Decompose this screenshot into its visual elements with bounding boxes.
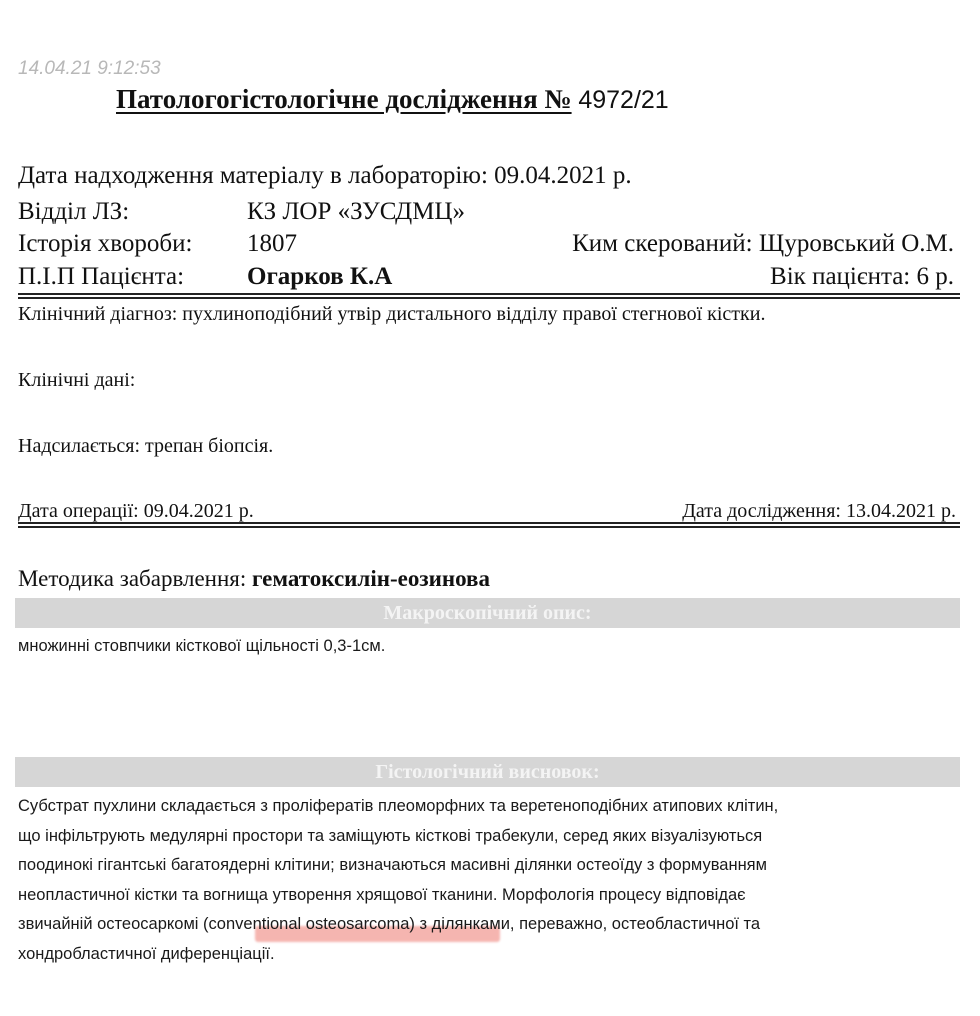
history-row: Історія хвороби: 1807 Ким скерований: Щу… bbox=[0, 230, 980, 262]
sent-material: Надсилається: трепан біопсія. bbox=[18, 435, 273, 458]
department-value: КЗ ЛОР «ЗУСДМЦ» bbox=[247, 198, 465, 226]
history-label: Історія хвороби: bbox=[18, 230, 192, 258]
divider bbox=[18, 293, 960, 299]
history-value: 1807 bbox=[247, 230, 297, 258]
staining-value: гематоксилін-еозинова bbox=[252, 566, 490, 591]
department-row: Відділ ЛЗ: КЗ ЛОР «ЗУСДМЦ» bbox=[0, 198, 980, 230]
conclusion-line: хондробластичної диференціації. bbox=[18, 940, 778, 970]
timestamp: 14.04.21 9:12:53 bbox=[18, 58, 161, 80]
staining-label: Методика забарвлення: bbox=[18, 566, 246, 591]
document-number: 4972/21 bbox=[578, 86, 668, 114]
macro-heading: Макроскопічний опис: bbox=[15, 598, 960, 628]
conclusion-line: неопластичної кістки та вогнища утворенн… bbox=[18, 881, 778, 911]
patient-age: Вік пацієнта: 6 р. bbox=[770, 263, 954, 291]
conclusion-line: звичайній остеосаркомі (conventional ost… bbox=[18, 910, 778, 940]
staining-method: Методика забарвлення: гематоксилін-еозин… bbox=[18, 566, 490, 592]
conclusion-line: Субстрат пухлини складається з проліфера… bbox=[18, 792, 778, 822]
macro-text: множинні стовпчики кісткової щільності 0… bbox=[18, 632, 385, 662]
patient-name: Огарков К.А bbox=[247, 263, 392, 291]
receipt-date: Дата надходження матеріалу в лабораторію… bbox=[18, 162, 632, 190]
clinical-data: Клінічні дані: bbox=[18, 369, 135, 392]
patient-label: П.І.П Пацієнта: bbox=[18, 263, 184, 291]
operation-date: Дата операції: 09.04.2021 р. bbox=[18, 500, 254, 523]
conclusion-line: що інфільтрують медулярні простори та за… bbox=[18, 822, 778, 852]
divider bbox=[18, 522, 960, 528]
conclusion-text: Субстрат пухлини складається з проліфера… bbox=[18, 792, 778, 969]
patient-row: П.І.П Пацієнта: Огарков К.А Вік пацієнта… bbox=[0, 263, 980, 295]
study-date: Дата дослідження: 13.04.2021 р. bbox=[682, 500, 956, 523]
title-text: Патологогістологічне дослідження № bbox=[116, 84, 572, 114]
department-label: Відділ ЛЗ: bbox=[18, 198, 129, 226]
conclusion-heading: Гістологічний висновок: bbox=[15, 757, 960, 787]
document-title: Патологогістологічне дослідження № 4972/… bbox=[116, 84, 669, 115]
conclusion-line: поодинокі гігантські багатоядерні клітин… bbox=[18, 851, 778, 881]
clinical-diagnosis: Клінічний діагноз: пухлиноподібний утвір… bbox=[18, 303, 765, 326]
referred-by: Ким скерований: Щуровський О.М. bbox=[572, 230, 954, 258]
